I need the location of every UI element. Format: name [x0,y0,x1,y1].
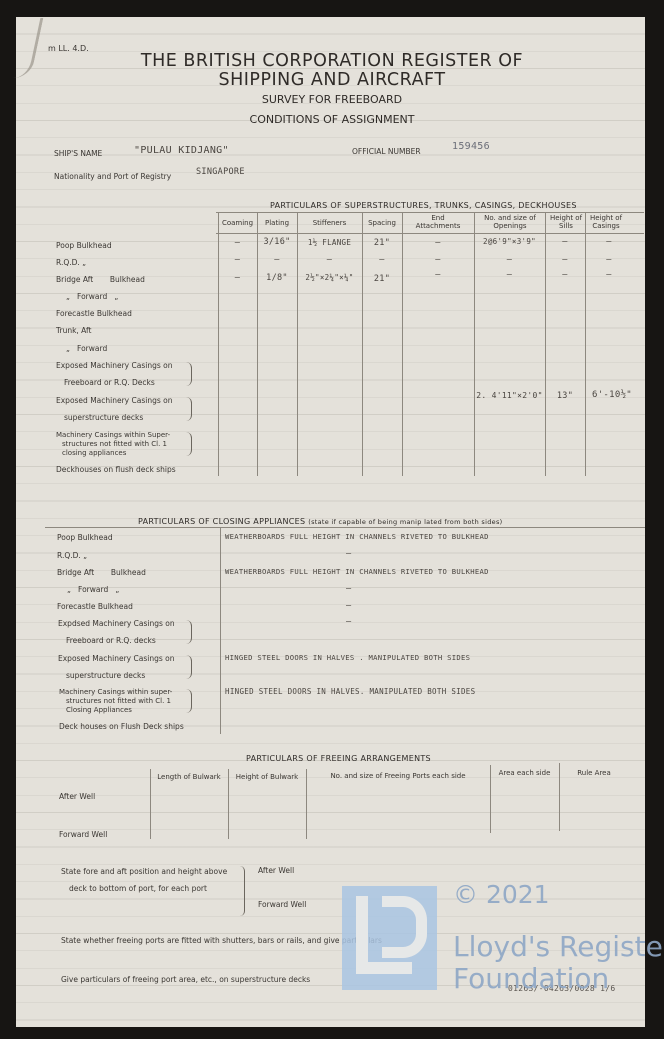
table-top-border [216,212,644,213]
superstructures-title: PARTICULARS OF SUPERSTRUCTURES, TRUNKS, … [270,201,577,210]
row-label-casings-within-l3: closing appliances [62,449,126,457]
cell-value: — [218,273,257,283]
brace [186,432,192,456]
position-question-l2: deck to bottom of port, for each port [69,884,207,893]
row-label-exposed-casings-freeboard-l1: Exposed Machinery Casings on [56,361,172,370]
cell-value: — [402,238,474,248]
row-label-poop-bulkhead: Poop Bulkhead [56,241,112,250]
closing-row-value: — [346,601,351,611]
closing-row-label: Closing Appliances [66,706,132,714]
brace [186,655,192,679]
col-divider [402,212,403,476]
col-divider [585,212,586,476]
col-divider [545,212,546,476]
cell-value: — [474,270,545,280]
cell-value: — [585,237,633,247]
shutters-question: State whether freeing ports are fitted w… [61,936,382,945]
freeing-col-height: Height of Bulwark [228,773,306,781]
document-title-line1: THE BRITISH CORPORATION REGISTER OF [0,51,664,71]
table-header-border [216,233,644,234]
cell-value: 13" [545,391,585,401]
brace [186,397,192,421]
closing-appliances-title: PARTICULARS OF CLOSING APPLIANCES (state… [138,517,502,526]
cell-value: 1/8" [257,273,297,283]
closing-row-label: Machinery Casings within super- [59,688,172,696]
ship-name-label: SHIP'S NAME [54,149,102,158]
brace [240,866,245,916]
col-header-plating: Plating [257,219,297,227]
closing-row-label: Expdsed Machinery Casings on [58,619,175,628]
col-divider [297,212,298,476]
document-title-line2: SHIPPING AND AIRCRAFT [0,70,664,90]
document-subtitle: SURVEY FOR FREEBOARD [0,93,664,106]
freeing-row-after-well: After Well [59,792,95,801]
col-header-coaming: Coaming [218,219,257,227]
closing-row-label: Forecastle Bulkhead [57,602,133,611]
col-header-height-sills: Height of Sills [547,214,585,230]
cell-value: 21" [362,274,402,284]
col-divider [257,212,258,476]
position-forward-well: Forward Well [258,900,306,909]
row-label-exposed-casings-freeboard-l2: Freeboard or R.Q. Decks [64,378,155,387]
official-number-value: 159456 [452,141,490,152]
closing-row-label: Deck houses on Flush Deck ships [59,722,184,731]
closing-row-value: HINGED STEEL DOORS IN HALVES . MANIPULAT… [225,653,470,662]
closing-appliances-note: (state if capable of being manip lated f… [308,518,502,526]
col-header-spacing: Spacing [362,219,402,227]
closing-row-label: structures not fitted with Cl. 1 [66,697,171,705]
closing-row-label: superstructure decks [66,671,145,680]
col-header-stiffeners: Stiffeners [297,219,362,227]
cell-value: 1½ FLANGE [297,238,362,247]
freeing-col-ports: No. and size of Freeing Ports each side [306,772,490,780]
row-label-trunk-forward: „ Forward [66,344,107,353]
watermark-copyright: © 2021 [453,880,550,909]
closing-row-value: WEATHERBOARDS FULL HEIGHT IN CHANNELS RI… [225,532,489,541]
position-question-l1: State fore and aft position and height a… [61,867,227,876]
closing-row-value: HINGED STEEL DOORS IN HALVES. MANIPULATE… [225,687,475,696]
closing-row-value: — [346,549,351,559]
row-label-rqd: R.Q.D. „ [56,258,86,267]
cell-value: — [545,255,585,265]
cell-value: 2. 4'11"×2'0" [474,391,545,400]
row-label-deckhouses-flush: Deckhouses on flush deck ships [56,465,176,474]
closing-row-label: Exposed Machinery Casings on [58,654,174,663]
position-after-well: After Well [258,866,294,875]
section-border [45,527,645,528]
document-subtitle2: CONDITIONS OF ASSIGNMENT [0,113,664,126]
cell-value: — [362,255,402,265]
closing-row-label: Bridge Aft Bulkhead [57,568,146,577]
col-header-end-attachments: End Attachments [410,214,466,230]
col-header-height-casings: Height of Casings [587,214,625,230]
brace [186,689,192,713]
freeing-col-area: Area each side [490,769,559,777]
brace [186,362,192,386]
cell-value: 21" [362,238,402,248]
cell-value: — [585,255,633,265]
col-divider [220,528,221,734]
cell-value: — [218,255,257,265]
freeing-row-forward-well: Forward Well [59,830,107,839]
cell-value: — [585,270,633,280]
closing-row-value: — [346,584,351,594]
closing-row-label: Freeboard or R.Q. decks [66,636,156,645]
brace [186,620,192,644]
row-label-casings-within-l2: structures not fitted with Cl. 1 [62,440,167,448]
col-header-openings: No. and size of Openings [476,214,544,230]
watermark-org-line2: Foundation [453,962,609,995]
row-label-trunk-aft: Trunk, Aft [56,326,92,335]
cell-value: — [402,270,474,280]
watermark-org-line1: Lloyd's Register [453,930,664,963]
official-number-label: OFFICIAL NUMBER [352,147,421,156]
cell-value: — [545,270,585,280]
row-label-exposed-casings-super-l1: Exposed Machinery Casings on [56,396,172,405]
cell-value: 2@6'9"×3'9" [474,237,545,246]
cell-value: — [402,255,474,265]
row-label-forecastle-bulkhead: Forecastle Bulkhead [56,309,132,318]
row-label-bridge-aft: Bridge Aft Bulkhead [56,275,145,284]
closing-appliances-title-text: PARTICULARS OF CLOSING APPLIANCES [138,517,305,526]
cell-value: — [218,238,257,248]
cell-value: — [474,255,545,265]
registry-label: Nationality and Port of Registry [54,172,171,181]
row-label-exposed-casings-super-l2: superstructure decks [64,413,143,422]
cell-value: 6'-10½" [585,390,639,400]
cell-value: — [545,237,585,247]
row-label-bridge-forward: „ Forward „ [66,292,118,301]
cell-value: — [257,255,297,265]
col-divider [362,212,363,476]
superstructure-question: Give particulars of freeing port area, e… [61,975,310,984]
ship-name-value: "PULAU KIDJANG" [134,145,229,156]
row-label-casings-within-l1: Machinery Casings within Super- [56,431,170,439]
col-divider [218,212,219,476]
closing-row-value: — [346,617,351,627]
cell-value: 3/16" [257,237,297,247]
col-divider [474,212,475,476]
registry-value: SINGAPORE [196,167,245,177]
closing-row-label: „ Forward „ [67,585,119,594]
freeing-col-rule-area: Rule Area [559,769,629,777]
closing-row-label: R.Q.D. „ [57,551,87,560]
cell-value: — [297,255,362,265]
lr-logo-l-base [356,962,412,974]
closing-row-label: Poop Bulkhead [57,533,113,542]
lr-logo-r [382,896,427,958]
closing-row-value: WEATHERBOARDS FULL HEIGHT IN CHANNELS RI… [225,567,489,576]
freeing-title: PARTICULARS OF FREEING ARRANGEMENTS [246,754,431,763]
freeing-col-length: Length of Bulwark [150,773,228,781]
cell-value: 2½"×2¼"×¼" [297,273,362,282]
